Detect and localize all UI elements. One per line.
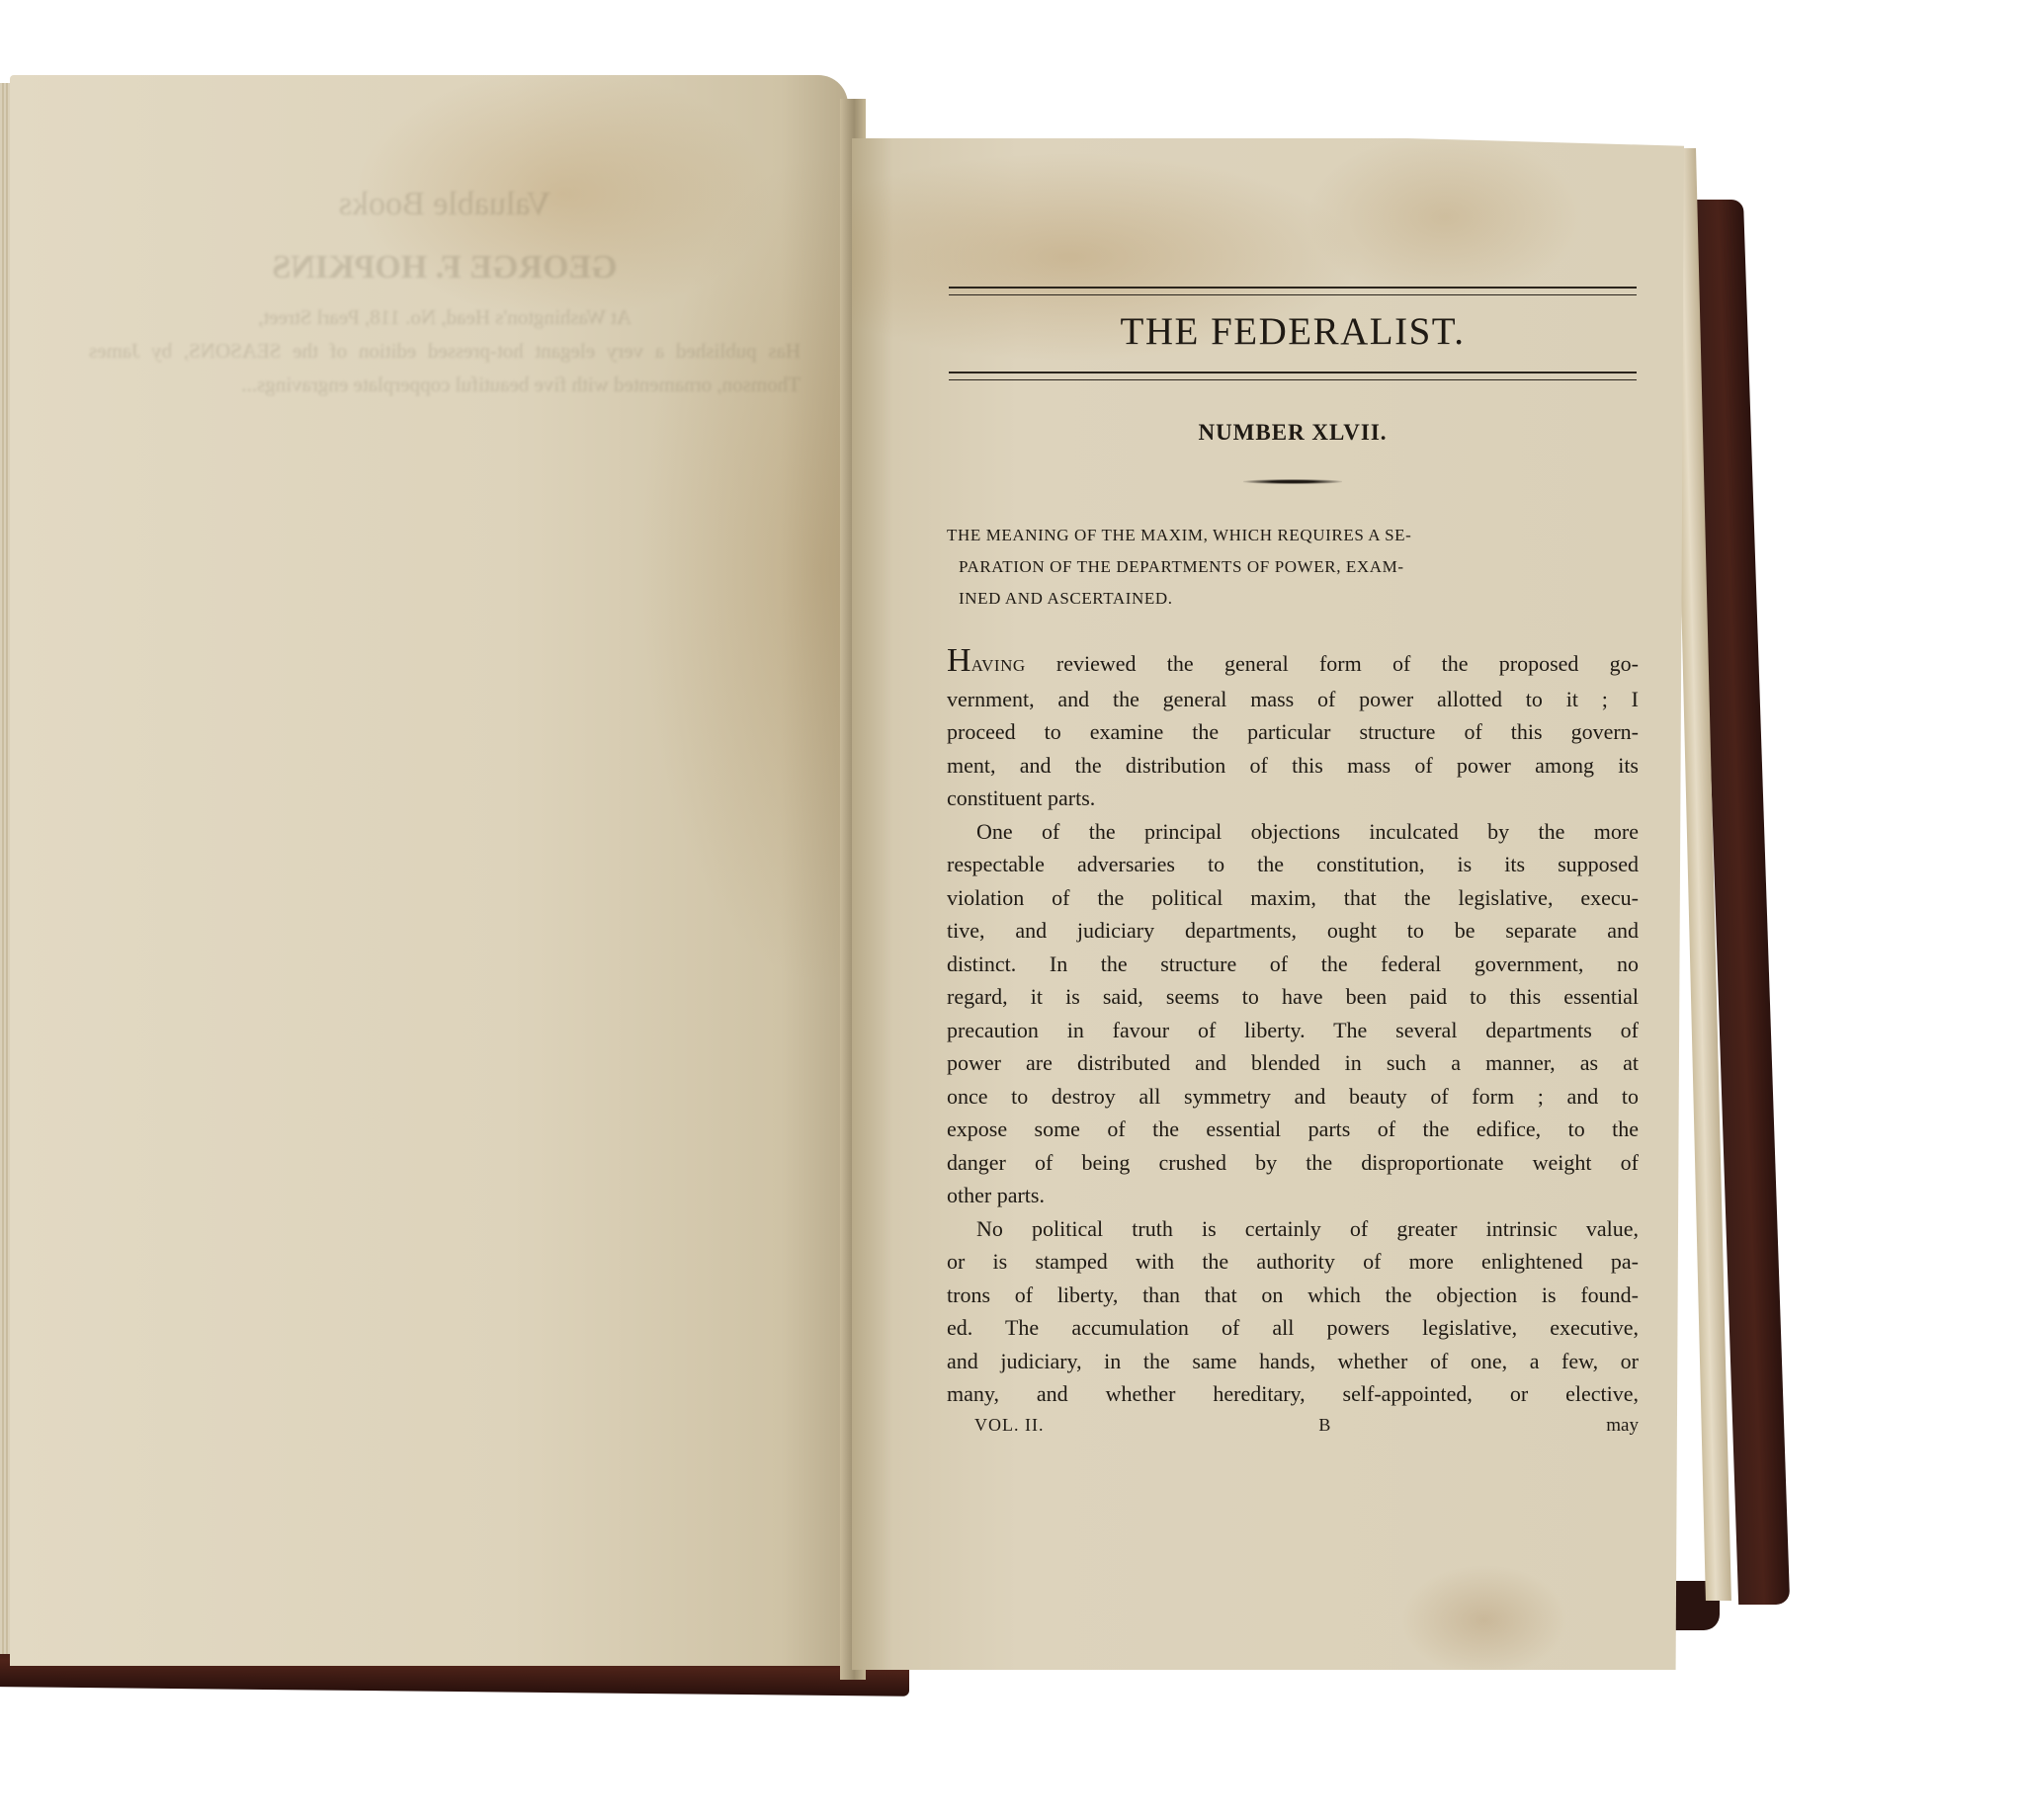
body-line: and judiciary, in the same hands, whethe…	[947, 1345, 1639, 1378]
body-line: HAVING reviewed the general form of the …	[947, 644, 1639, 683]
argument-line: THE MEANING OF THE MAXIM, WHICH REQUIRES…	[947, 520, 1639, 551]
signature-mark: B	[1318, 1415, 1331, 1437]
body-line: constituent parts.	[947, 782, 1639, 815]
body-line: once to destroy all symmetry and beauty …	[947, 1080, 1639, 1114]
bleed-heading: Valuable Books	[89, 188, 801, 221]
body-line: or is stamped with the authority of more…	[947, 1245, 1639, 1279]
left-page-bleed-through: Valuable Books GEORGE F. HOPKINS At Wash…	[89, 188, 801, 401]
body-line: many, and whether hereditary, self-appoi…	[947, 1377, 1639, 1411]
body-line: trons of liberty, than that on which the…	[947, 1279, 1639, 1312]
argument-line: INED AND ASCERTAINED.	[947, 583, 1639, 615]
printed-text-block: THE FEDERALIST. NUMBER XLVII. THE MEANIN…	[947, 287, 1639, 1437]
body-line: One of the principal objections inculcat…	[947, 815, 1639, 849]
bleed-address: At Washington's Head, No. 118, Pearl Str…	[89, 300, 801, 334]
bleed-intro: Has published a very elegant hot-pressed…	[89, 334, 801, 401]
body-line: vernment, and the general mass of power …	[947, 683, 1639, 716]
body-line: ment, and the distribution of this mass …	[947, 749, 1639, 783]
volume-label: VOL. II.	[974, 1415, 1044, 1437]
body-line: No political truth is certainly of great…	[947, 1212, 1639, 1246]
essay-number: NUMBER XLVII.	[947, 420, 1639, 446]
book-photo: Valuable Books GEORGE F. HOPKINS At Wash…	[0, 0, 2024, 1820]
essay-body: HAVING reviewed the general form of the …	[947, 644, 1639, 1411]
body-line: power are distributed and blended in suc…	[947, 1046, 1639, 1080]
body-line: distinct. In the structure of the federa…	[947, 948, 1639, 981]
title-rule-bottom	[949, 372, 1637, 380]
body-line: ed. The accumulation of all powers legis…	[947, 1311, 1639, 1345]
catchword: may	[1606, 1415, 1639, 1437]
body-line: respectable adversaries to the constitut…	[947, 848, 1639, 881]
body-line: proceed to examine the particular struct…	[947, 715, 1639, 749]
flourish-ornament-icon	[1243, 479, 1342, 484]
small-caps-opening: AVING	[971, 656, 1026, 675]
book-title: THE FEDERALIST.	[947, 309, 1639, 354]
body-line: expose some of the essential parts of th…	[947, 1113, 1639, 1146]
drop-cap: H	[947, 642, 971, 679]
body-line: other parts.	[947, 1179, 1639, 1212]
bleed-publisher: GEORGE F. HOPKINS	[89, 251, 801, 285]
page-footer: VOL. II. B may	[947, 1415, 1639, 1437]
essay-argument: THE MEANING OF THE MAXIM, WHICH REQUIRES…	[947, 520, 1639, 615]
body-line: precaution in favour of liberty. The sev…	[947, 1014, 1639, 1047]
body-line: tive, and judiciary departments, ought t…	[947, 914, 1639, 948]
body-line: violation of the political maxim, that t…	[947, 881, 1639, 915]
argument-line: PARATION OF THE DEPARTMENTS OF POWER, EX…	[947, 551, 1639, 583]
title-rule-top	[949, 287, 1637, 295]
body-line: danger of being crushed by the dispropor…	[947, 1146, 1639, 1180]
body-line: regard, it is said, seems to have been p…	[947, 980, 1639, 1014]
